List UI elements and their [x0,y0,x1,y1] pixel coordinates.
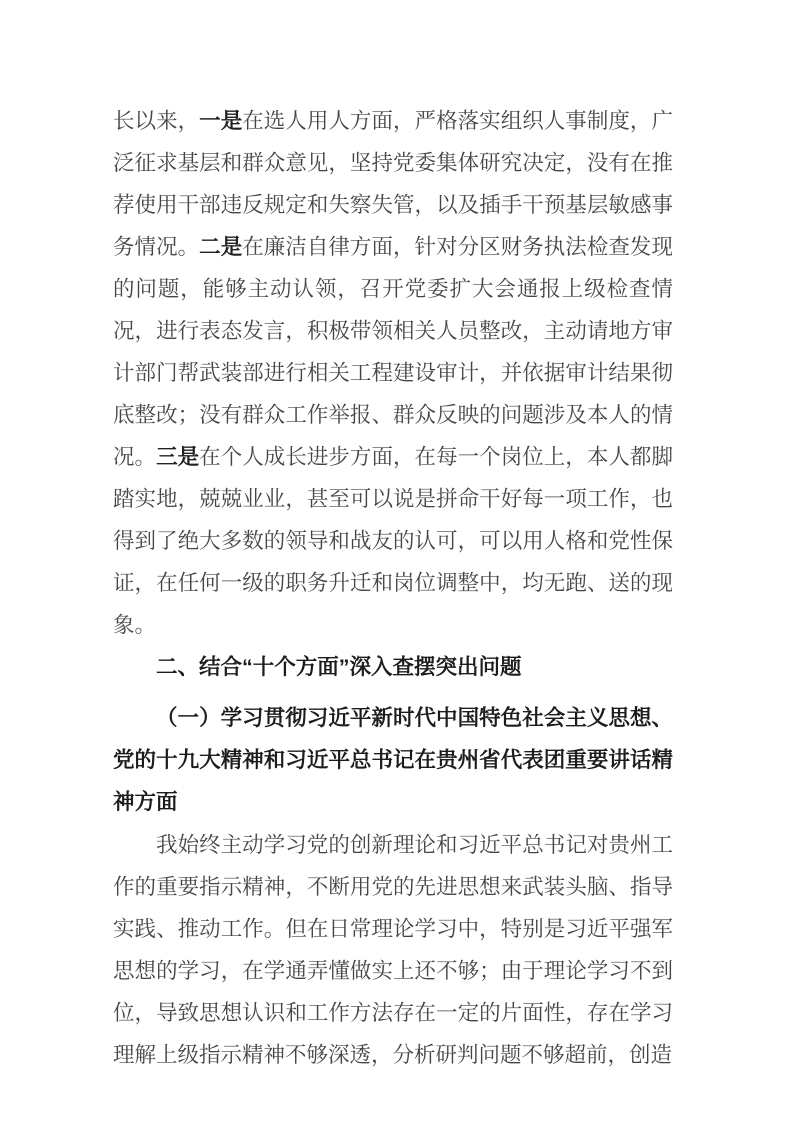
section-heading: 二、结合“十个方面”深入查摆突出问题 [113,646,673,688]
paragraph-text-second: 在廉洁自律方面，针对分区财务执法检查发现的问题，能够主动认领，召开党委扩大会通报… [113,235,673,469]
document-page: 长以来，一是在选人用人方面，严格落实组织人事制度，广泛征求基层和群众意见，坚持党… [0,0,793,1122]
paragraph-continuation: 长以来，一是在选人用人方面，严格落实组织人事制度，广泛征求基层和群众意见，坚持党… [113,100,673,646]
bold-marker-third: 三是 [156,445,199,469]
paragraph-text-third: 在个人成长进步方面，在每一个岗位上，本人都脚踏实地，兢兢业业，甚至可以说是拼命干… [113,445,673,637]
bold-marker-second: 二是 [199,235,242,259]
bold-marker-first: 一是 [199,109,242,133]
paragraph-body: 我始终主动学习党的创新理论和习近平总书记对贵州工作的重要指示精神，不断用党的先进… [113,824,673,1076]
paragraph-text-intro: 长以来， [113,109,199,133]
document-content: 长以来，一是在选人用人方面，严格落实组织人事制度，广泛征求基层和群众意见，坚持党… [113,100,673,1076]
subsection-heading: （一）学习贯彻习近平新时代中国特色社会主义思想、党的十九大精神和习近平总书记在贵… [113,698,673,824]
